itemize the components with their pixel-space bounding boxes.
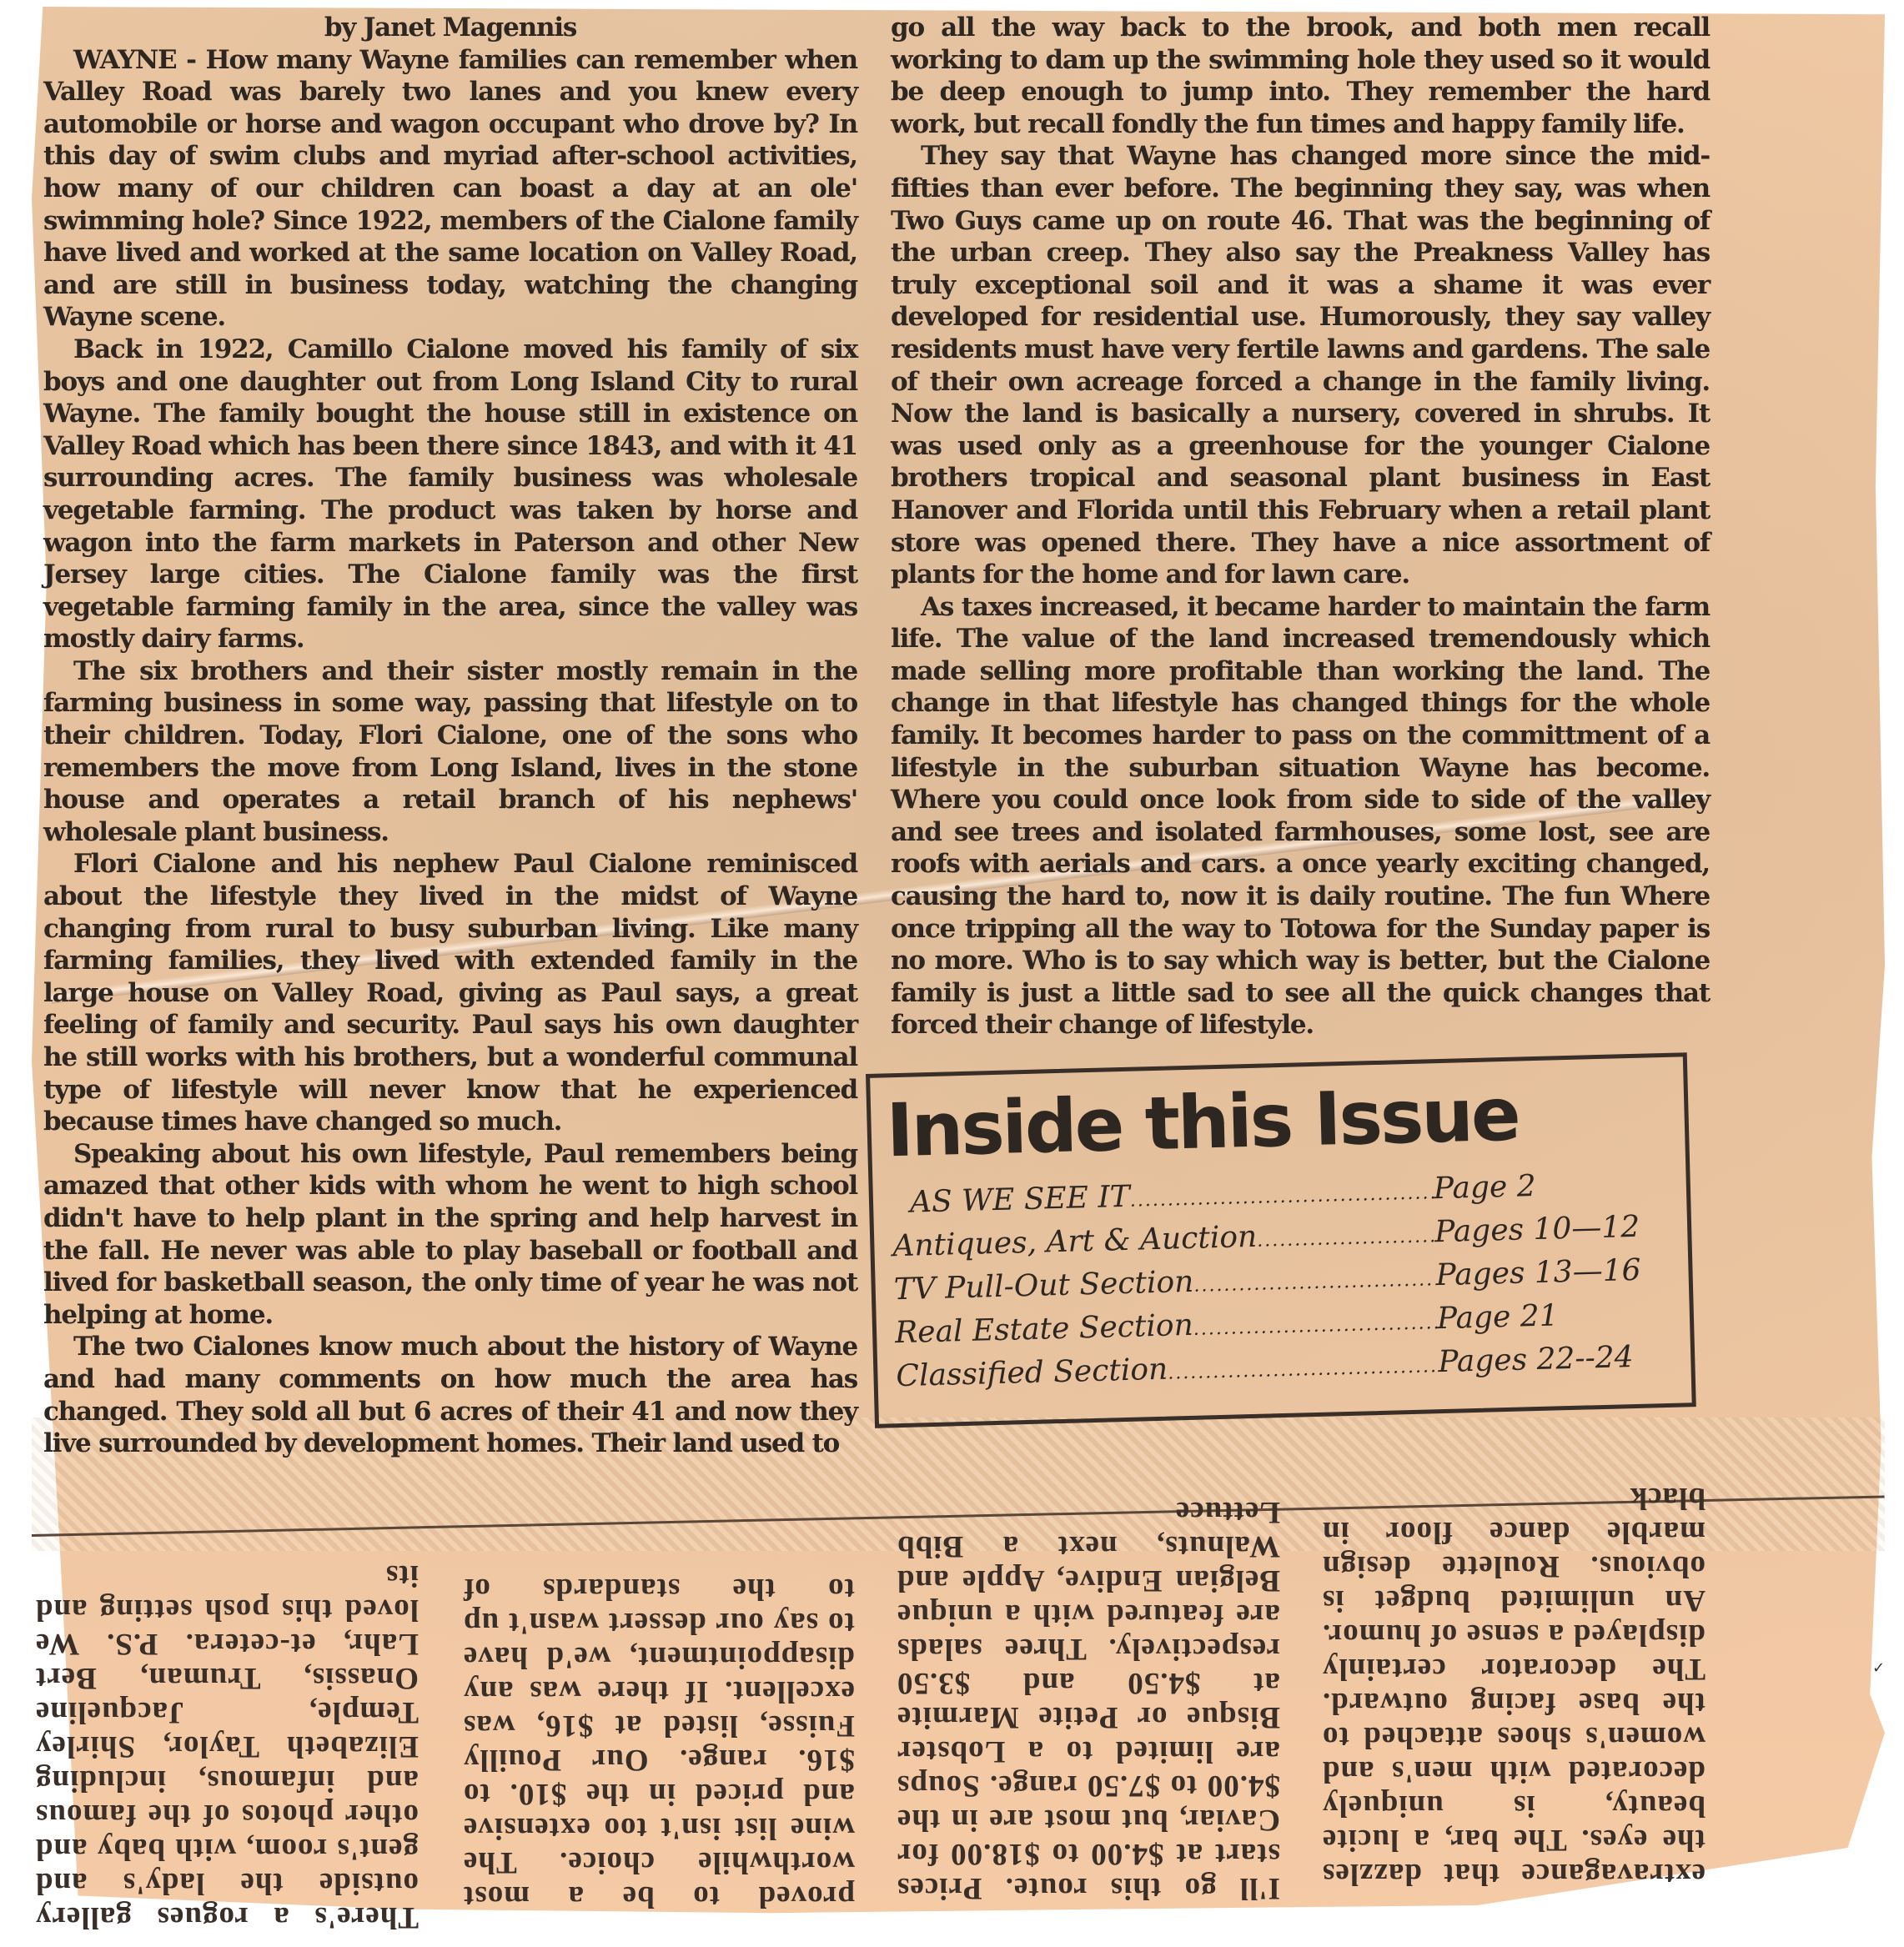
article-paragraph: The six brothers and their sister mostly… <box>43 655 857 849</box>
leader-dots <box>1257 1226 1435 1252</box>
article-paragraph: Back in 1922, Camillo Cialone moved his … <box>43 334 857 655</box>
reverse-side-column-2: proved to be a most worthwhile choice. T… <box>463 1563 855 1914</box>
article-paragraph: The two Cialones know much about the his… <box>43 1331 857 1459</box>
leader-dots <box>1193 1269 1436 1297</box>
byline: by Janet Magennis <box>43 12 857 44</box>
reverse-text: proved to be a most worthwhile choice. T… <box>463 1572 855 1914</box>
article-paragraph: As taxes increased, it became harder to … <box>891 591 1710 1041</box>
inside-this-issue-box: Inside this Issue AS WE SEE IT Page 2 An… <box>866 1052 1696 1428</box>
article-paragraph: WAYNE - How many Wayne families can reme… <box>43 44 857 334</box>
toc-label: Classified Section <box>896 1352 1168 1394</box>
stray-mark: ✓ <box>1872 1659 1885 1677</box>
toc-label: TV Pull-Out Section <box>893 1265 1194 1307</box>
article-paragraph: Flori Cialone and his nephew Paul Cialon… <box>43 848 857 1137</box>
article-left-column: by Janet Magennis WAYNE - How many Wayne… <box>43 12 857 1460</box>
inside-box-title: Inside this Issue <box>886 1078 1520 1168</box>
reverse-side-column-3: I'll go this route. Prices start at $4.0… <box>897 1547 1280 1905</box>
reverse-text: extravagance that dazzles the eyes. The … <box>1322 1481 1706 1891</box>
article-paragraph: Speaking about his own lifestyle, Paul r… <box>43 1138 857 1332</box>
toc-label: AS WE SEE IT <box>892 1180 1131 1220</box>
leader-dots <box>1168 1356 1439 1383</box>
table-of-contents: AS WE SEE IT Page 2 Antiques, Art & Auct… <box>892 1166 1664 1403</box>
reverse-side-column-1: There's a rogues gallery outside the lad… <box>35 1568 419 1934</box>
article-paragraph: They say that Wayne has changed more sin… <box>891 140 1710 590</box>
leader-dots <box>1193 1312 1438 1340</box>
toc-label: Real Estate Section <box>895 1308 1194 1350</box>
reverse-text: There's a rogues gallery outside the lad… <box>35 1558 419 1934</box>
toc-page: Pages 22--24 <box>1438 1339 1664 1379</box>
leader-dots <box>1130 1182 1434 1212</box>
article-right-column: go all the way back to the brook, and bo… <box>891 12 1710 1041</box>
toc-page: Page 21 <box>1436 1296 1662 1336</box>
toc-page: Pages 13—16 <box>1435 1252 1661 1292</box>
toc-page: Page 2 <box>1433 1166 1659 1206</box>
article-paragraph: go all the way back to the brook, and bo… <box>891 12 1710 140</box>
reverse-text: I'll go this route. Prices start at $4.0… <box>897 1495 1280 1905</box>
toc-page: Pages 10—12 <box>1434 1209 1660 1249</box>
reverse-side-column-4: extravagance that dazzles the eyes. The … <box>1322 1533 1706 1891</box>
